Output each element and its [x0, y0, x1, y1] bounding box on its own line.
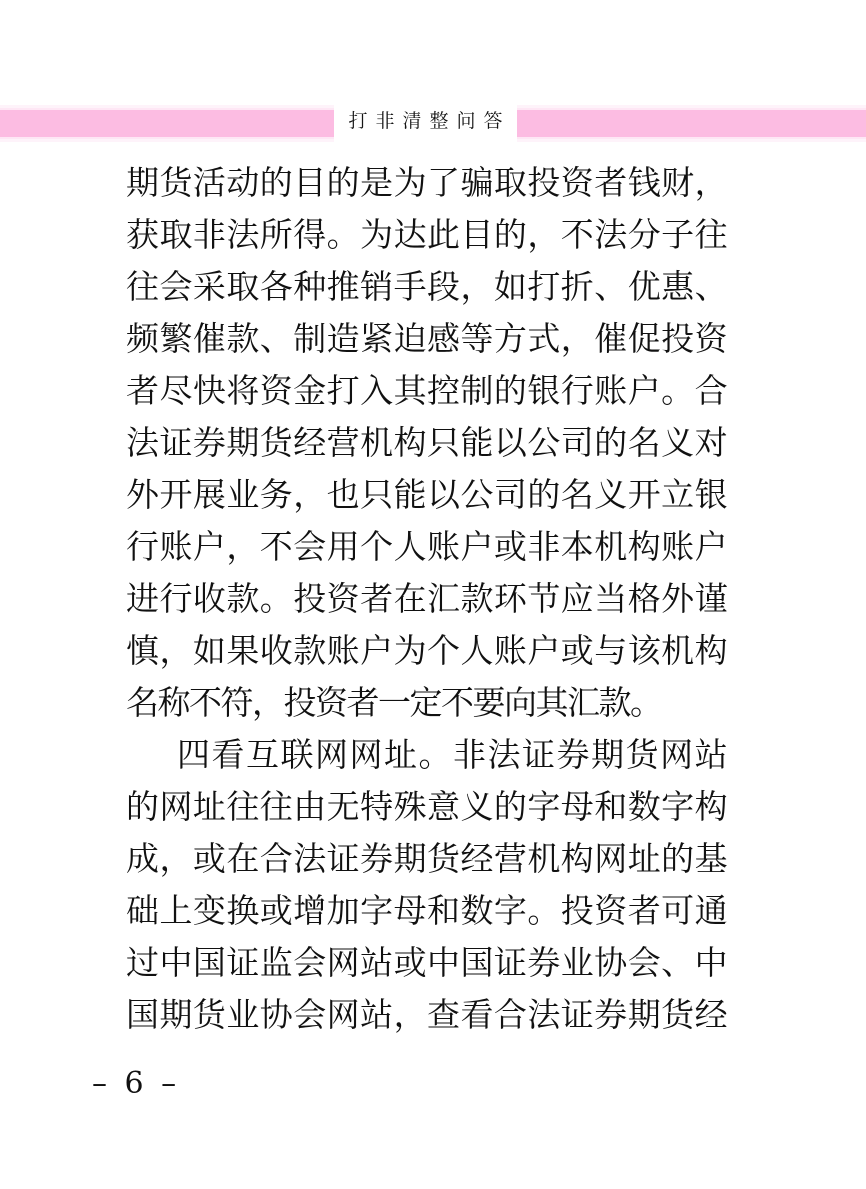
text-line: 的网址往往由无特殊意义的字母和数字构 — [126, 781, 728, 833]
text-line: 期货活动的目的是为了骗取投资者钱财， — [126, 157, 728, 209]
page-number: – 6 – — [92, 1066, 180, 1102]
text-line: 过中国证监会网站或中国证券业协会、中 — [126, 937, 728, 989]
running-head-title: 打非清整问答 — [348, 106, 510, 133]
text-line: 成，或在合法证券期货经营机构网址的基 — [126, 833, 728, 885]
text-line: 获取非法所得。为达此目的，不法分子往 — [126, 209, 728, 261]
text-line: 法证券期货经营机构只能以公司的名义对 — [126, 417, 728, 469]
text-line-paragraph-start: 四看互联网网址。非法证券期货网站 — [126, 729, 728, 781]
text-line: 者尽快将资金打入其控制的银行账户。合 — [126, 365, 728, 417]
text-line: 慎，如果收款账户为个人账户或与该机构 — [126, 625, 728, 677]
text-line: 往会采取各种推销手段，如打折、优惠、 — [126, 261, 728, 313]
text-line: 外开展业务，也只能以公司的名义开立银 — [126, 469, 728, 521]
book-page: 打非清整问答 期货活动的目的是为了骗取投资者钱财， 获取非法所得。为达此目的，不… — [0, 0, 866, 1189]
text-line: 进行收款。投资者在汇款环节应当格外谨 — [126, 573, 728, 625]
text-line: 频繁催款、制造紧迫感等方式，催促投资 — [126, 313, 728, 365]
header-title-box: 打非清整问答 — [334, 94, 517, 144]
body-text-column: 期货活动的目的是为了骗取投资者钱财， 获取非法所得。为达此目的，不法分子往 往会… — [126, 157, 728, 1041]
text-line: 础上变换或增加字母和数字。投资者可通 — [126, 885, 728, 937]
text-line: 行账户，不会用个人账户或非本机构账户 — [126, 521, 728, 573]
text-line-paragraph-end: 名称不符，投资者一定不要向其汇款。 — [126, 677, 728, 729]
text-line: 国期货业协会网站，查看合法证券期货经 — [126, 989, 728, 1041]
